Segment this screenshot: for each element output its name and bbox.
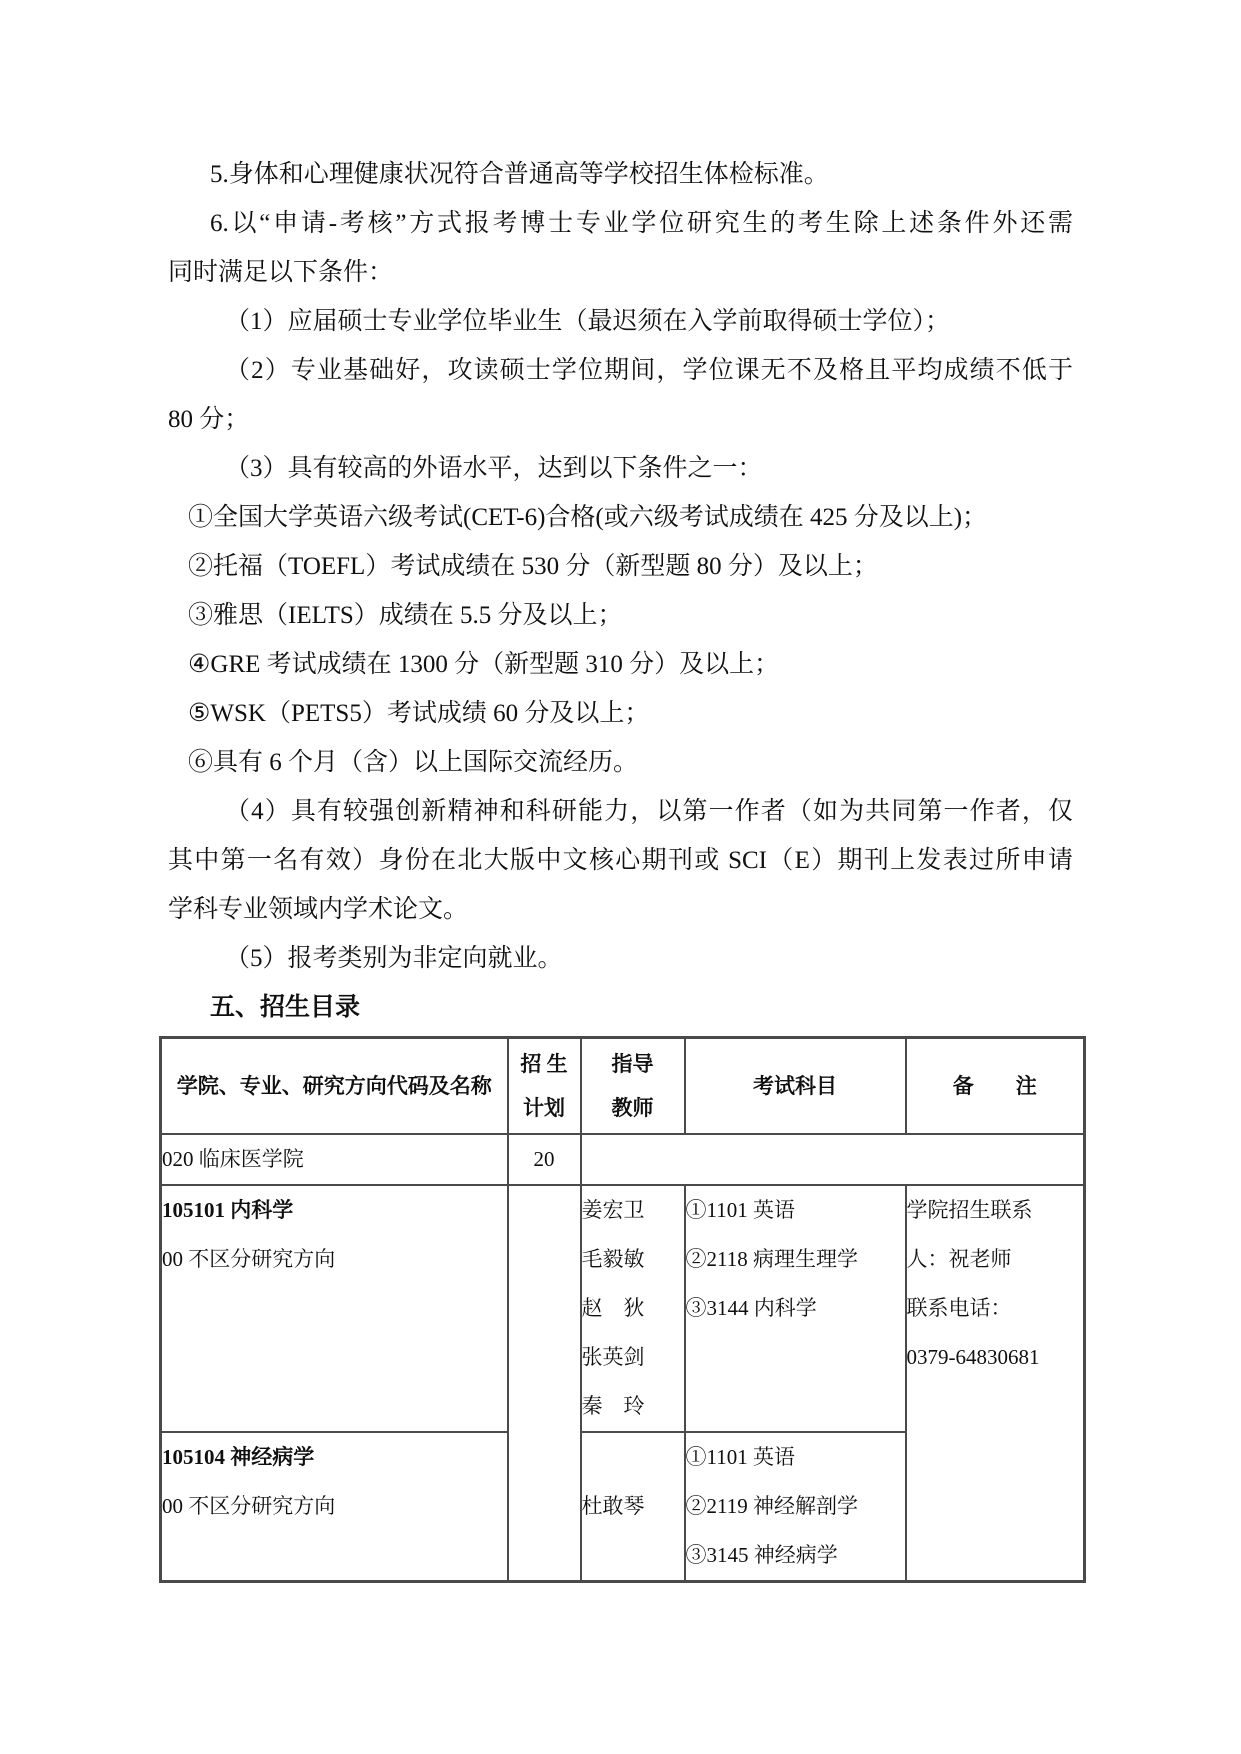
advisor-name: 姜宏卫: [582, 1186, 684, 1235]
plan-cell-empty: [508, 1185, 581, 1582]
body-line: ①全国大学英语六级考试(CET-6)合格(或六级考试成绩在 425 分及以上)；: [168, 493, 1073, 542]
exam-subject: ②2118 病理生理学: [686, 1235, 905, 1284]
advisor-name: 杜敢琴: [582, 1482, 684, 1531]
body-text: 5.身体和心理健康状况符合普通高等学校招生体检标准。 6.以“申请-考核”方式报…: [0, 0, 1241, 1583]
body-line: 其中第一名有效）身份在北大版中文核心期刊或 SCI（E）期刊上发表过所申请: [168, 836, 1073, 885]
body-line: 80 分；: [168, 395, 1073, 444]
header-plan: 招 生 计划: [508, 1038, 581, 1134]
remark-line: 0379-64830681: [907, 1333, 1084, 1382]
admissions-table-wrap: 学院、专业、研究方向代码及名称 招 生 计划 指导 教师 考试科目 备 注 02…: [159, 1036, 1073, 1583]
header-advisor: 指导 教师: [581, 1038, 685, 1134]
exam-subject: ③3144 内科学: [686, 1284, 905, 1333]
body-line: ⑥具有 6 个月（含）以上国际交流经历。: [168, 738, 1073, 787]
body-line: 6.以“申请-考核”方式报考博士专业学位研究生的考生除上述条件外还需: [168, 199, 1073, 248]
body-line: （4）具有较强创新精神和科研能力，以第一作者（如为共同第一作者，仅: [168, 787, 1073, 836]
exam-subject: ①1101 英语: [686, 1186, 905, 1235]
exam-subject: ③3145 神经病学: [686, 1531, 905, 1580]
header-advisor-line: 教师: [582, 1086, 684, 1130]
header-remark: 备 注: [906, 1038, 1085, 1134]
research-direction: 00 不区分研究方向: [162, 1482, 507, 1531]
header-college-major: 学院、专业、研究方向代码及名称: [161, 1038, 508, 1134]
research-direction: 00 不区分研究方向: [162, 1235, 507, 1284]
admissions-table: 学院、专业、研究方向代码及名称 招 生 计划 指导 教师 考试科目 备 注 02…: [159, 1036, 1086, 1583]
exam-subjects-cell: ①1101 英语 ②2119 神经解剖学 ③3145 神经病学: [685, 1432, 906, 1582]
body-line: ⑤WSK（PETS5）考试成绩 60 分及以上；: [168, 689, 1073, 738]
remark-line: 人：祝老师: [907, 1235, 1084, 1284]
major-cell: 105104 神经病学 00 不区分研究方向: [161, 1432, 508, 1582]
remark-line: 学院招生联系: [907, 1186, 1084, 1235]
advisor-name: 毛毅敏: [582, 1235, 684, 1284]
exam-subject: ①1101 英语: [686, 1433, 905, 1482]
remark-line: 联系电话：: [907, 1284, 1084, 1333]
exam-subjects-cell: ①1101 英语 ②2118 病理生理学 ③3144 内科学: [685, 1185, 906, 1432]
major-cell: 105101 内科学 00 不区分研究方向: [161, 1185, 508, 1432]
body-line: （3）具有较高的外语水平，达到以下条件之一：: [168, 444, 1073, 493]
remark-cell: 学院招生联系 人：祝老师 联系电话： 0379-64830681: [906, 1185, 1085, 1582]
section-heading: 五、招生目录: [168, 983, 1073, 1032]
exam-subject: ②2119 神经解剖学: [686, 1482, 905, 1531]
document-page: 5.身体和心理健康状况符合普通高等学校招生体检标准。 6.以“申请-考核”方式报…: [0, 0, 1241, 1754]
advisor-name: 赵 狄: [582, 1284, 684, 1333]
major-code-name: 105101 内科学: [162, 1186, 507, 1235]
body-line: 同时满足以下条件：: [168, 248, 1073, 297]
college-row-name: 020 临床医学院: [161, 1134, 508, 1185]
advisor-name: 秦 玲: [582, 1382, 684, 1431]
header-plan-line: 招 生: [509, 1042, 580, 1086]
major-code-name: 105104 神经病学: [162, 1433, 507, 1482]
body-line: ④GRE 考试成绩在 1300 分（新型题 310 分）及以上；: [168, 640, 1073, 689]
header-advisor-line: 指导: [582, 1042, 684, 1086]
body-line: （1）应届硕士专业学位毕业生（最迟须在入学前取得硕士学位）；: [168, 297, 1073, 346]
advisor-name: 张英剑: [582, 1333, 684, 1382]
body-line: 5.身体和心理健康状况符合普通高等学校招生体检标准。: [168, 150, 1073, 199]
header-subjects: 考试科目: [685, 1038, 906, 1134]
body-line: ②托福（TOEFL）考试成绩在 530 分（新型题 80 分）及以上；: [168, 542, 1073, 591]
body-line: ③雅思（IELTS）成绩在 5.5 分及以上；: [168, 591, 1073, 640]
body-line: （5）报考类别为非定向就业。: [168, 934, 1073, 983]
college-row-plan: 20: [508, 1134, 581, 1185]
college-row-empty: [581, 1134, 1085, 1185]
body-line: （2）专业基础好，攻读硕士学位期间，学位课无不及格且平均成绩不低于: [168, 346, 1073, 395]
advisor-cell: 杜敢琴: [581, 1432, 685, 1582]
header-plan-line: 计划: [509, 1086, 580, 1130]
advisor-cell: 姜宏卫 毛毅敏 赵 狄 张英剑 秦 玲: [581, 1185, 685, 1432]
body-line: 学科专业领域内学术论文。: [168, 885, 1073, 934]
